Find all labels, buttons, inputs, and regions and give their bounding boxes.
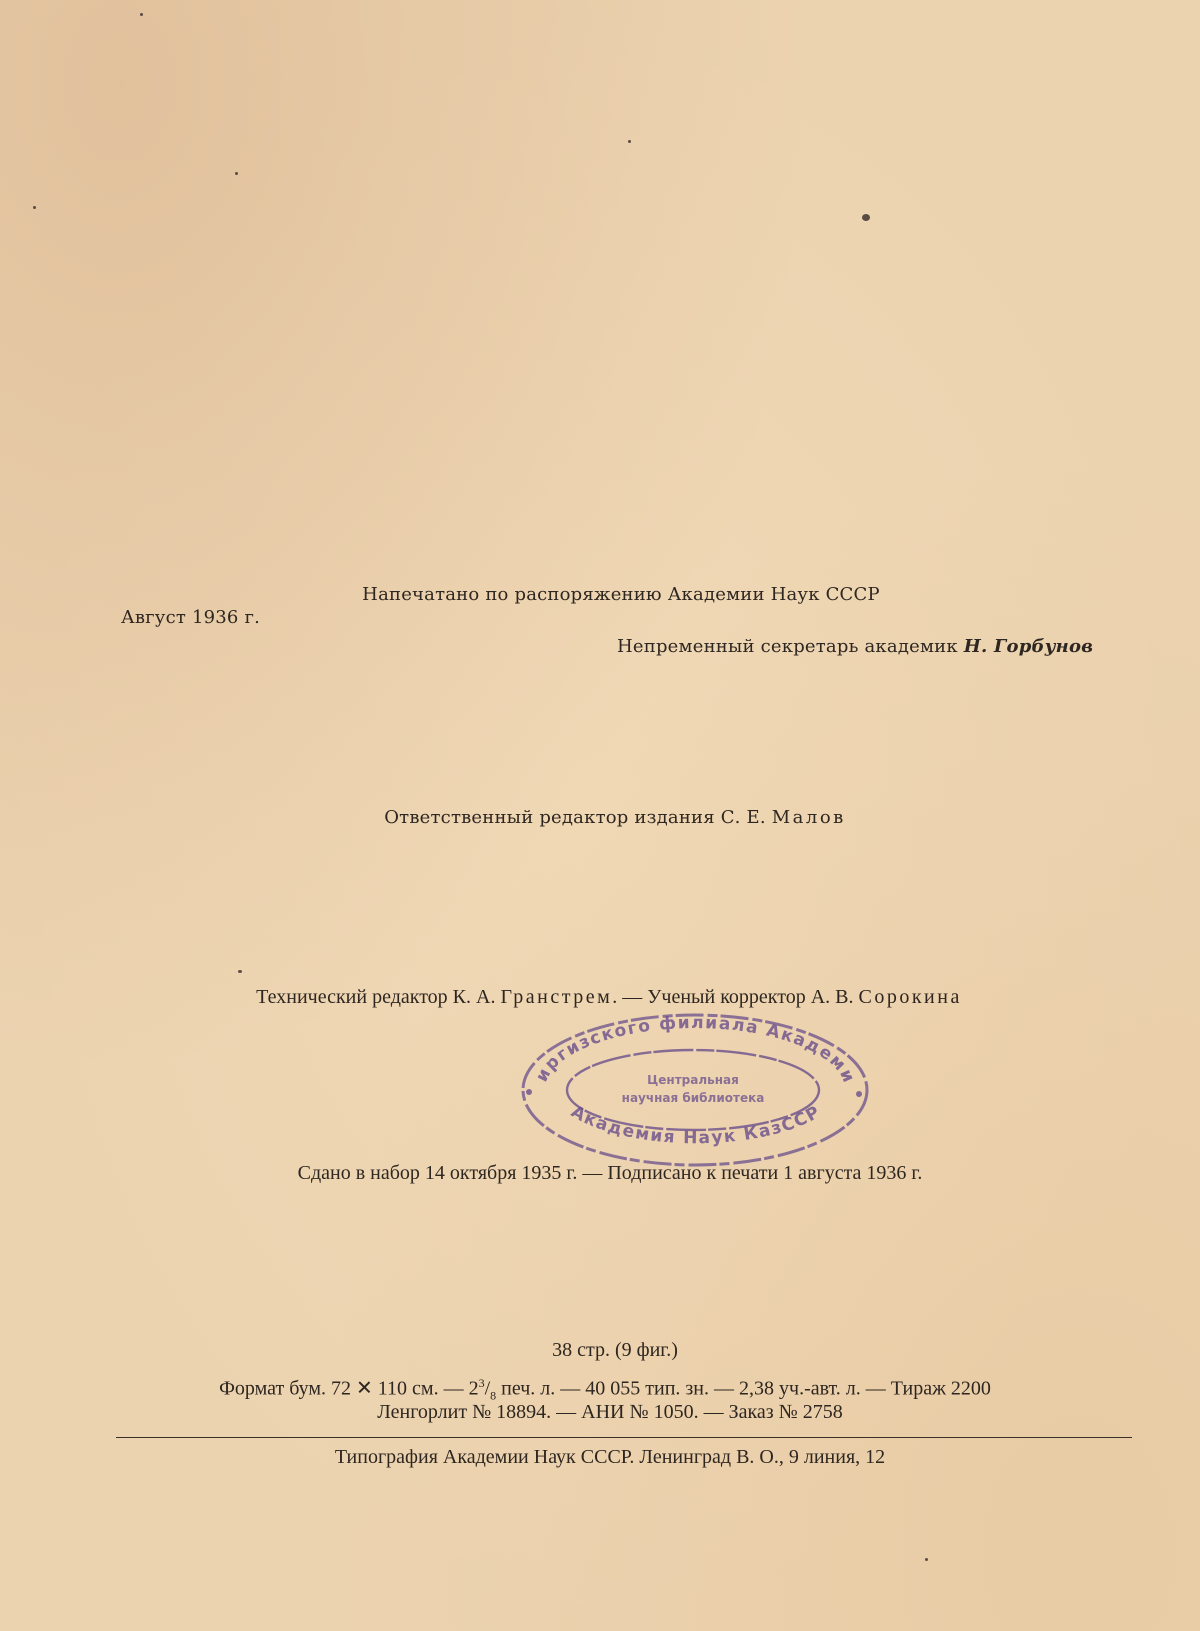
scientific-corrector-label: . — Ученый корректор А. В. xyxy=(612,986,853,1008)
svg-text:Академия Наук КазССР: Академия Наук КазССР xyxy=(568,1102,825,1149)
technical-editor-name: Гранстрем xyxy=(500,986,612,1008)
secretary-name: Н. Горбунов xyxy=(964,636,1093,657)
responsible-editor-label: Ответственный редактор издания С. Е. xyxy=(384,807,766,828)
paper-speck xyxy=(862,214,870,221)
technical-editor-label: Технический редактор К. А. xyxy=(256,986,495,1008)
technical-editor-line: Технический редактор К. А. Гранстрем. — … xyxy=(0,986,1200,1008)
paper-speck xyxy=(33,206,36,209)
secretary-label: Непременный секретарь академик xyxy=(617,636,958,657)
paper-speck xyxy=(235,172,238,175)
format-part2: печ. л. — 40 055 тип. зн. — 2,38 уч.-авт… xyxy=(496,1378,991,1400)
publication-date: Август 1936 г. xyxy=(121,607,260,629)
paper-speck xyxy=(925,1558,928,1561)
pages-figures-line: 38 стр. (9 фиг.) xyxy=(0,1339,1200,1361)
printing-house-line: Типография Академии Наук СССР. Ленинград… xyxy=(0,1446,1200,1468)
responsible-editor-line: Ответственный редактор издания С. Е. Мал… xyxy=(0,807,1200,829)
paper-speck xyxy=(238,970,242,973)
printed-by-order-line: Напечатано по распоряжению Академии Наук… xyxy=(0,584,1200,606)
registration-line: Ленгорлит № 18894. — АНИ № 1050. — Заказ… xyxy=(0,1401,1200,1423)
format-part1: Формат бум. 72 ✕ 110 см. — 2 xyxy=(219,1378,478,1400)
stamp-inner-line2: научная библиотека xyxy=(622,1091,765,1105)
typeset-signed-line: Сдано в набор 14 октября 1935 г. — Подпи… xyxy=(0,1162,1200,1184)
stamp-outer-bottom-text: Академия Наук КазССР xyxy=(568,1102,825,1149)
library-stamp: Киргизского филиала Академии Академия На… xyxy=(515,1010,875,1170)
scientific-corrector-name: Сорокина xyxy=(858,986,961,1008)
paper-speck xyxy=(140,13,143,16)
stamp-inner-line1: Центральная xyxy=(647,1073,739,1087)
paper-speck xyxy=(628,140,631,143)
horizontal-rule xyxy=(116,1437,1132,1438)
secretary-line: Непременный секретарь академик Н. Горбун… xyxy=(617,636,1093,658)
responsible-editor-name: Малов xyxy=(772,807,846,828)
